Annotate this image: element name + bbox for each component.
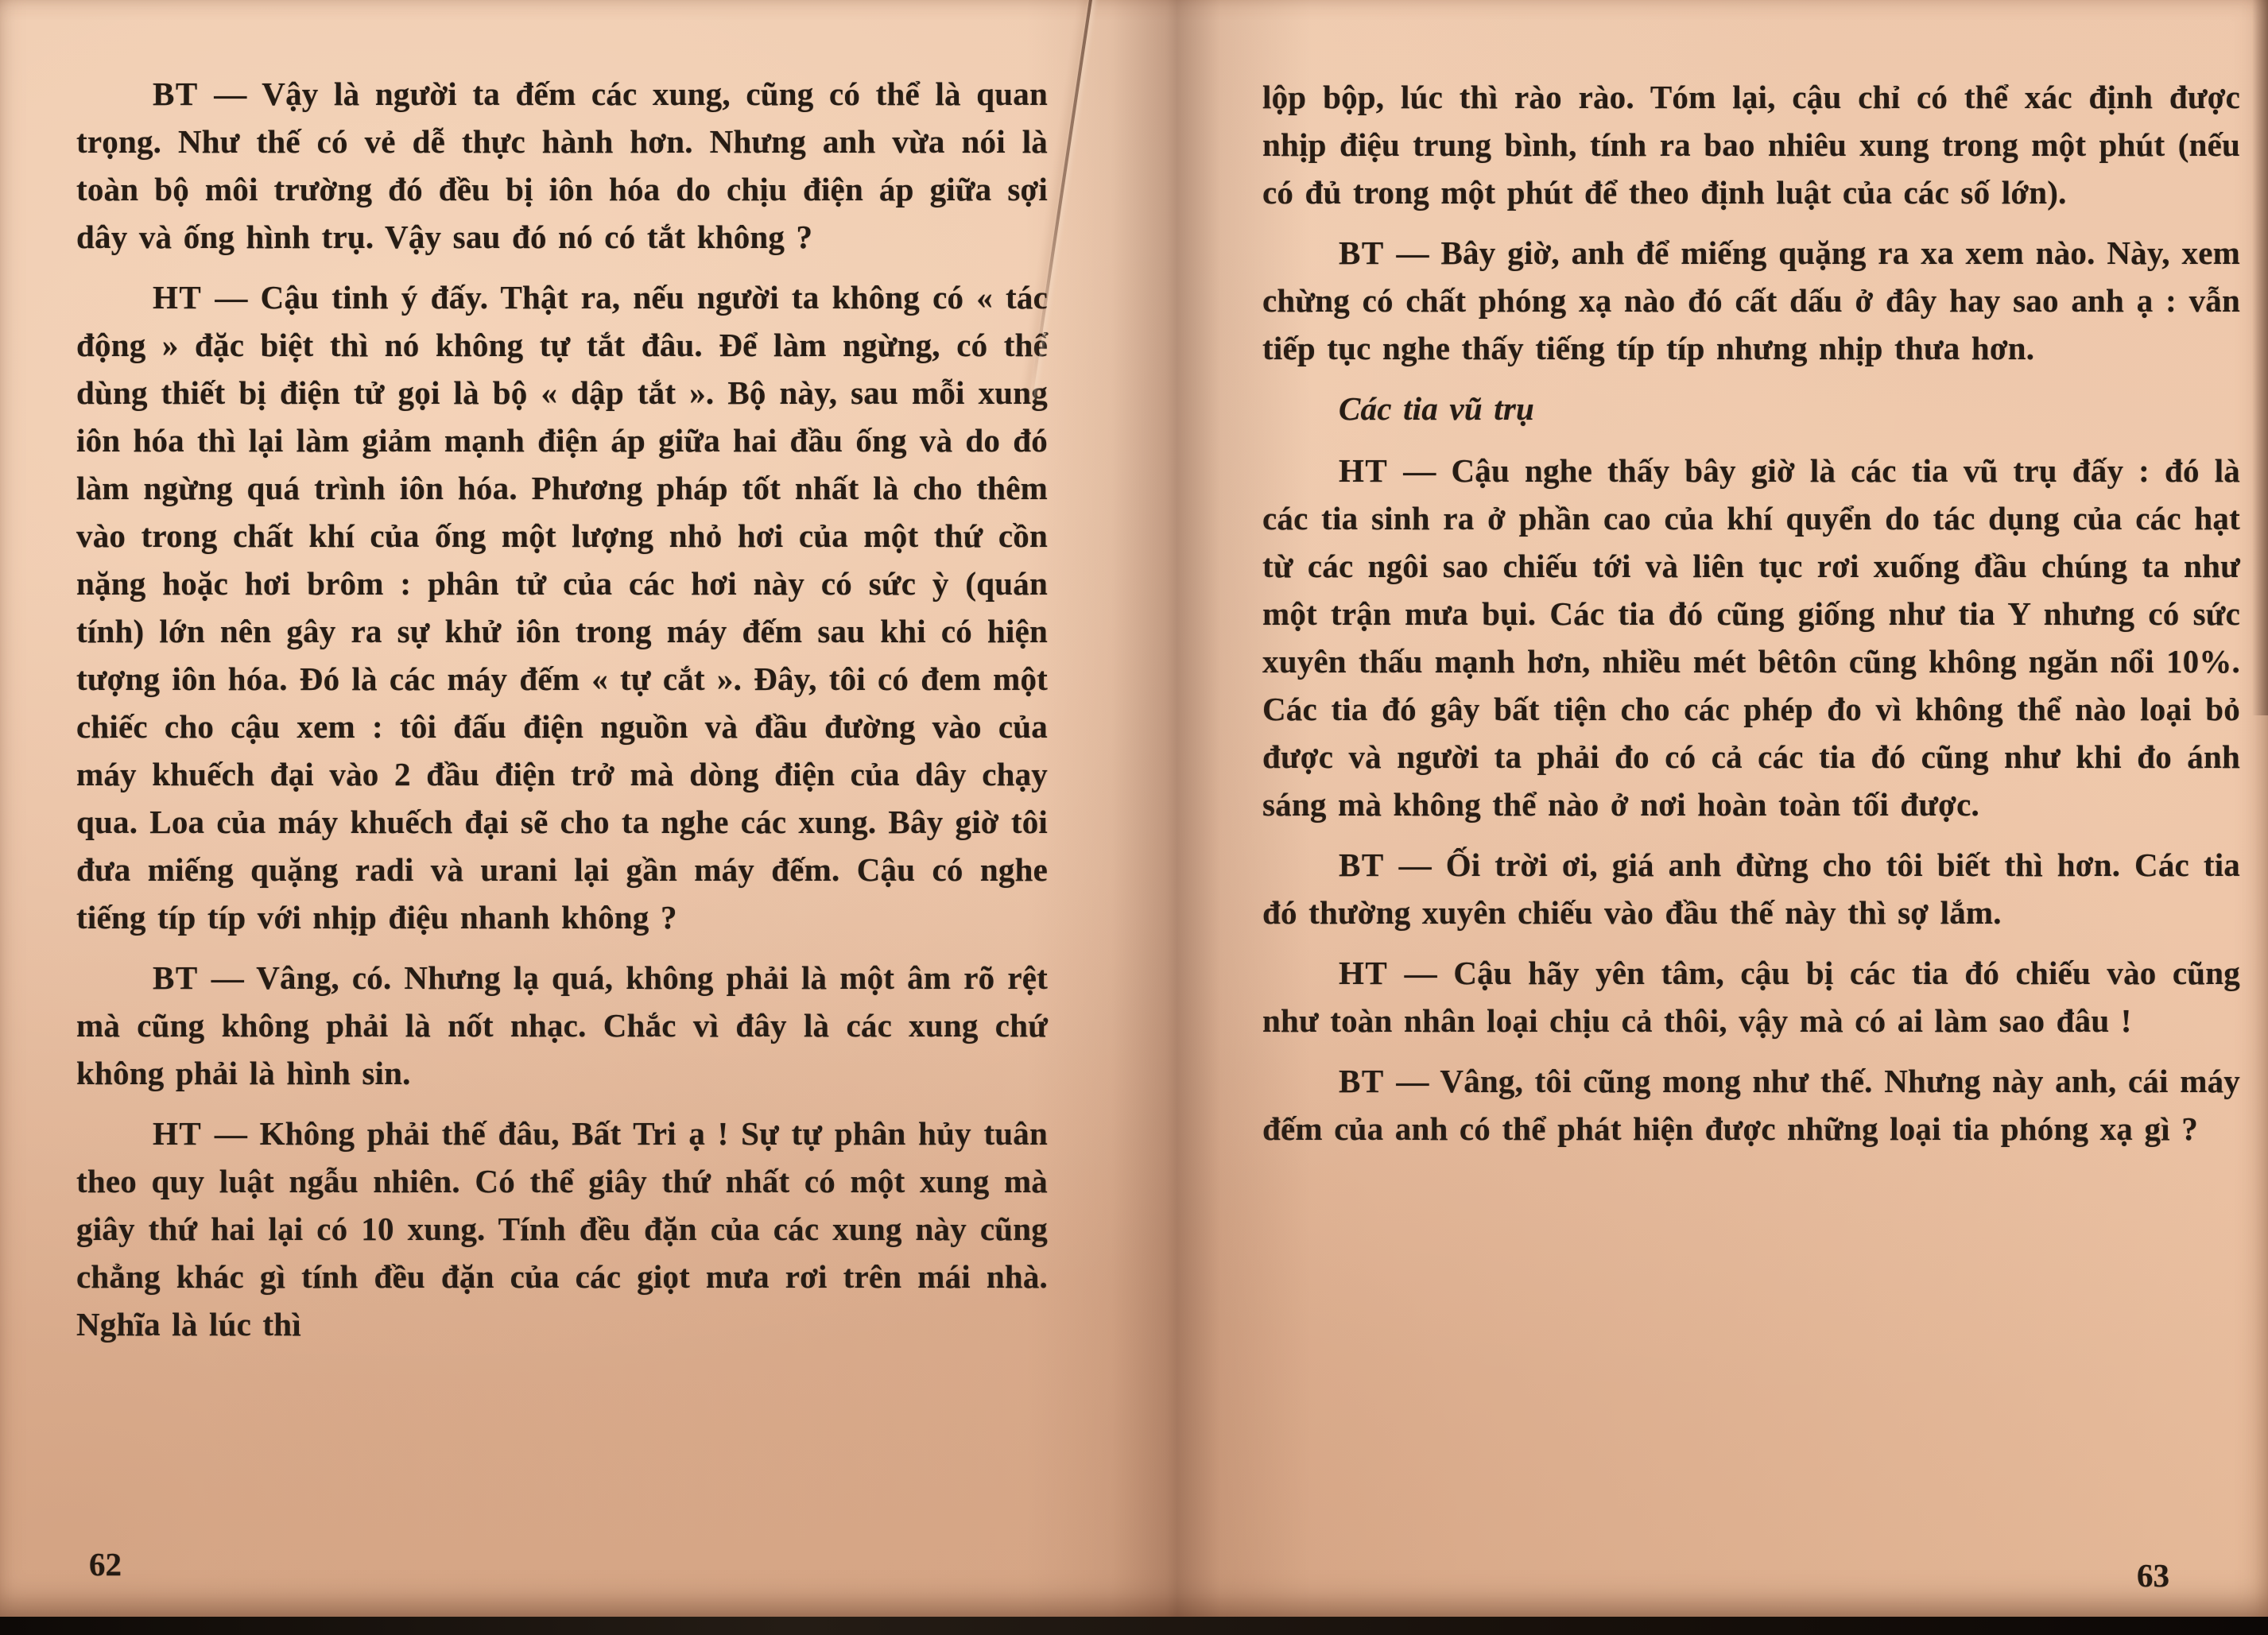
dialogue-paragraph: BT — Bây giờ, anh để miếng quặng ra xa x… (1262, 229, 2240, 372)
scanned-book-spread: { "document": { "kind": "scanned book sp… (0, 0, 2268, 1635)
dialogue-paragraph: HT — Cậu nghe thấy bây giờ là các tia vũ… (1262, 447, 2240, 828)
speaker-label: BT (153, 959, 199, 996)
page-number-left: 62 (89, 1545, 122, 1583)
dialogue-paragraph: BT — Ối trời ơi, giá anh đừng cho tôi bi… (1262, 841, 2240, 936)
speaker-dash: — (199, 76, 262, 112)
book-spread-paper: BT — Vậy là người ta đếm các xung, cũng … (0, 0, 2268, 1617)
dialogue-paragraph: BT — Vâng, có. Nhưng lạ quá, không phải … (76, 954, 1048, 1097)
dialogue-paragraph: BT — Vâng, tôi cũng mong như thế. Nhưng … (1262, 1057, 2240, 1153)
speaker-dash: — (199, 959, 256, 996)
speaker-label: HT (1339, 452, 1388, 489)
right-page-text-column: lộp bộp, lúc thì rào rào. Tóm lại, cậu c… (1262, 73, 2240, 1165)
speaker-dash: — (202, 279, 260, 316)
speaker-dash: — (1385, 234, 1441, 271)
dialogue-paragraph: lộp bộp, lúc thì rào rào. Tóm lại, cậu c… (1262, 73, 2240, 216)
speaker-dash: — (1388, 955, 1453, 991)
dialogue-paragraph: HT — Cậu hãy yên tâm, cậu bị các tia đó … (1262, 949, 2240, 1044)
speaker-label: BT (1339, 234, 1385, 271)
dialogue-paragraph: HT — Cậu tinh ý đấy. Thật ra, nếu người … (76, 273, 1048, 941)
speaker-dash: — (1385, 847, 1446, 883)
speaker-label: HT (153, 1115, 202, 1152)
speaker-label: BT (1339, 1063, 1385, 1099)
scanner-bed-edge (0, 1617, 2268, 1635)
page-edge-shadow (2252, 0, 2268, 715)
speaker-label: BT (1339, 847, 1385, 883)
left-page-text-column: BT — Vậy là người ta đếm các xung, cũng … (76, 70, 1048, 1361)
speaker-dash: — (1385, 1063, 1440, 1099)
section-heading: Các tia vũ trụ (1262, 385, 2240, 432)
speaker-dash: — (1388, 452, 1451, 489)
speaker-label: HT (1339, 955, 1388, 991)
dialogue-paragraph: BT — Vậy là người ta đếm các xung, cũng … (76, 70, 1048, 261)
speaker-dash: — (202, 1115, 259, 1152)
speaker-label: BT (153, 76, 199, 112)
speaker-label: HT (153, 279, 202, 316)
dialogue-paragraph: HT — Không phải thế đâu, Bất Tri ạ ! Sự … (76, 1110, 1048, 1348)
page-number-right: 63 (2137, 1556, 2169, 1594)
